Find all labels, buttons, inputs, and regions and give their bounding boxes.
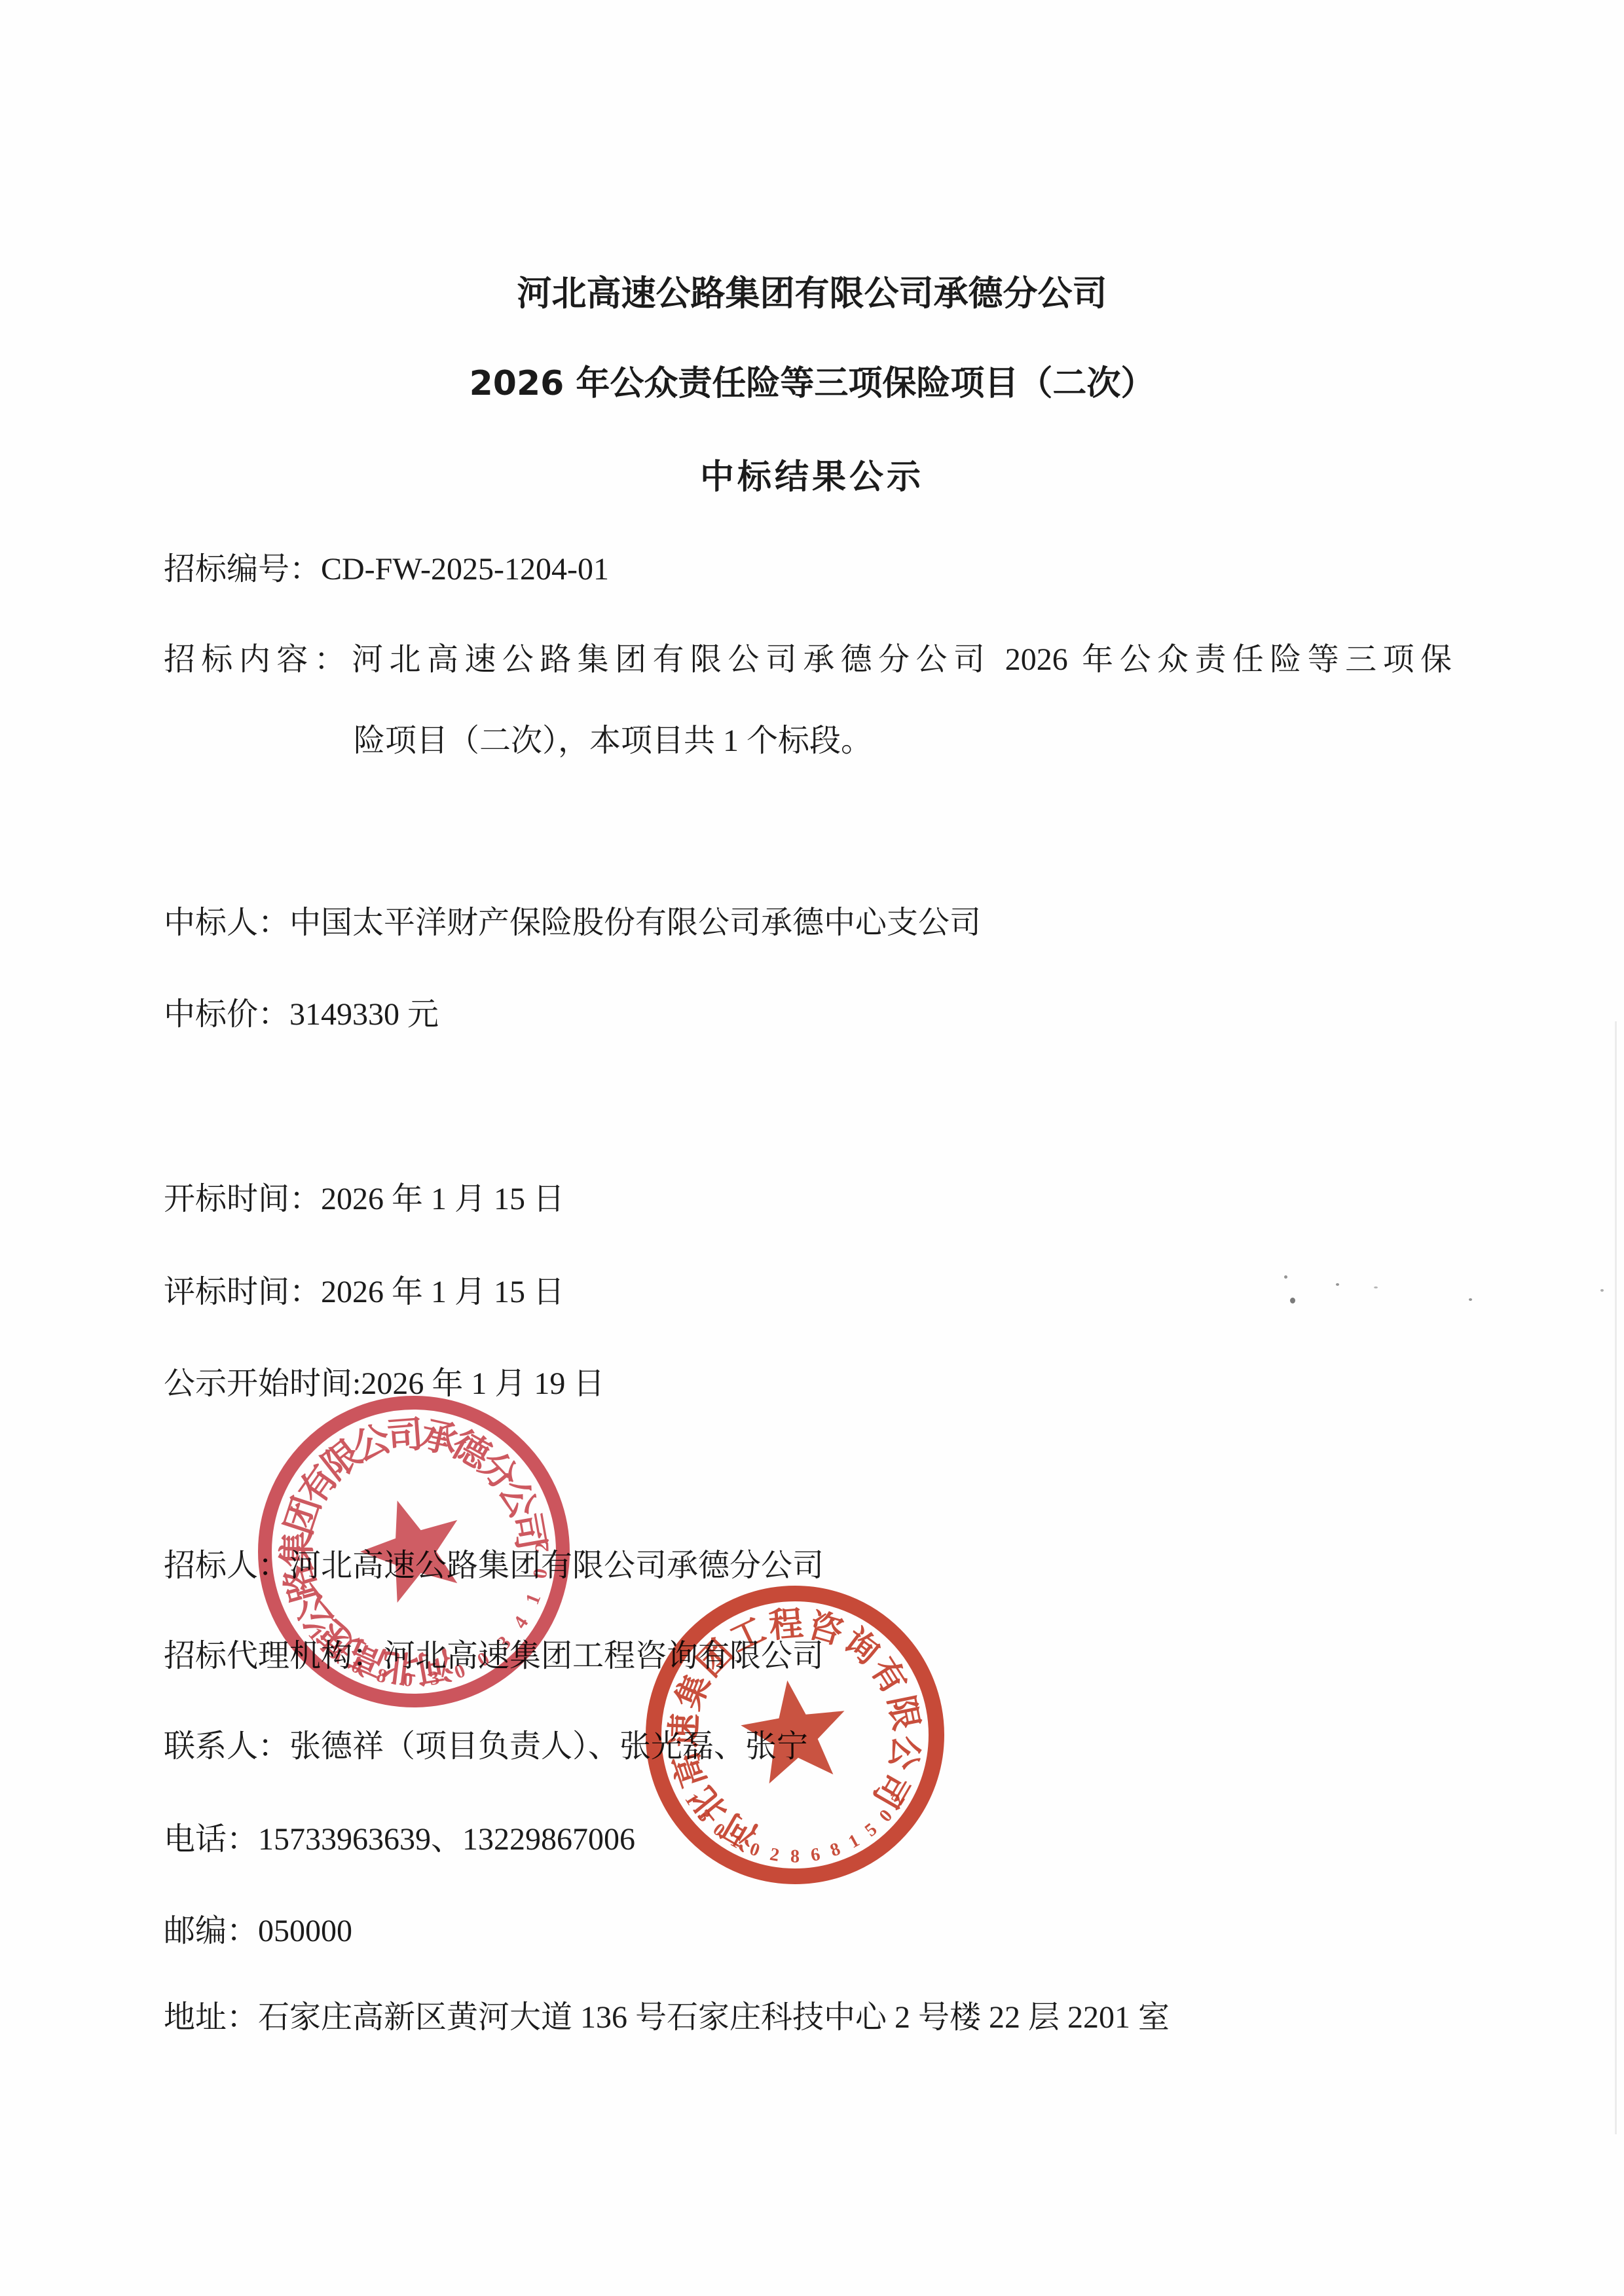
bid-content-line-1: 招标内容：河北高速公路集团有限公司承德分公司 2026 年公众责任险等三项保 [164, 634, 1452, 679]
svg-text:公: 公 [491, 1474, 544, 1525]
svg-text:有: 有 [292, 1459, 346, 1512]
svg-text:1: 1 [521, 1590, 545, 1607]
svg-text:1: 1 [680, 1790, 703, 1808]
svg-text:0: 0 [747, 1839, 762, 1861]
svg-text:限: 限 [316, 1433, 369, 1487]
svg-text:集: 集 [669, 1669, 718, 1715]
publicity-start-time-line: 公示开始时间:2026 年 1 月 19 日 [164, 1358, 604, 1403]
svg-text:5: 5 [861, 1819, 881, 1841]
phone-line: 电话：15733963639、13229867006 [164, 1813, 635, 1859]
svg-text:1: 1 [727, 1831, 745, 1853]
svg-text:团: 团 [279, 1492, 329, 1540]
scan-speck [1600, 1289, 1604, 1292]
evaluation-time-line: 评标时间：2026 年 1 月 15 日 [164, 1266, 564, 1311]
svg-text:司: 司 [385, 1414, 425, 1457]
bid-content-line-2: 险项目（二次），本项目共 1 个标段。 [354, 715, 872, 760]
scan-speck [1469, 1298, 1472, 1301]
svg-text:公: 公 [883, 1733, 925, 1772]
tenderer-line: 招标人：河北高速公路集团有限公司承德分公司 [164, 1540, 824, 1585]
scan-speck [1284, 1275, 1287, 1279]
agency-line: 招标代理机构：河北高速集团工程咨询有限公司 [164, 1630, 824, 1675]
svg-text:承: 承 [416, 1415, 461, 1463]
svg-text:2: 2 [887, 1790, 910, 1808]
document-page: 河北高速公路集团有限公司承德分公司 2026 年公众责任险等三项保险项目（二次）… [0, 0, 1624, 2296]
svg-text:1: 1 [845, 1831, 863, 1853]
scan-speck [1374, 1286, 1378, 1288]
address-line: 地址：石家庄高新区黄河大道 136 号石家庄科技中心 2 号楼 22 层 220… [164, 1992, 1170, 2037]
bid-opening-time-line: 开标时间：2026 年 1 月 15 日 [164, 1173, 564, 1218]
svg-text:司: 司 [866, 1766, 915, 1814]
title-line-2: 2026 年公众责任险等三项保险项目（二次） [0, 355, 1624, 405]
svg-text:有: 有 [863, 1651, 913, 1700]
title-line-3: 中标结果公示 [0, 449, 1624, 498]
title-line-1: 河北高速公路集团有限公司承德分公司 [0, 266, 1624, 316]
svg-text:3: 3 [693, 1806, 714, 1826]
svg-text:0: 0 [876, 1806, 896, 1826]
svg-text:4: 4 [509, 1613, 533, 1633]
svg-text:限: 限 [881, 1692, 924, 1733]
scan-speck [1290, 1298, 1295, 1303]
scan-speck [1336, 1283, 1339, 1286]
svg-text:询: 询 [836, 1621, 886, 1672]
svg-text:德: 德 [445, 1424, 498, 1478]
svg-text:分: 分 [470, 1444, 525, 1499]
postal-code-line: 邮编：050000 [164, 1905, 352, 1950]
svg-text:0: 0 [709, 1819, 729, 1841]
svg-text:2: 2 [768, 1844, 781, 1866]
svg-text:8: 8 [828, 1839, 843, 1861]
winner-line: 中标人：中国太平洋财产保险股份有限公司承德中心支公司 [164, 897, 981, 942]
svg-text:河: 河 [716, 1806, 764, 1855]
scan-edge-shadow [1615, 1021, 1617, 2134]
svg-text:6: 6 [809, 1844, 822, 1866]
bid-number-line: 招标编号：CD-FW-2025-1204-01 [164, 543, 609, 589]
winning-price-line: 中标价：3149330 元 [164, 989, 439, 1034]
svg-text:公: 公 [348, 1418, 397, 1469]
svg-text:北: 北 [684, 1779, 735, 1829]
svg-text:8: 8 [790, 1847, 800, 1867]
contacts-line: 联系人：张德祥（项目负责人）、张光磊、张宁 [164, 1721, 808, 1766]
